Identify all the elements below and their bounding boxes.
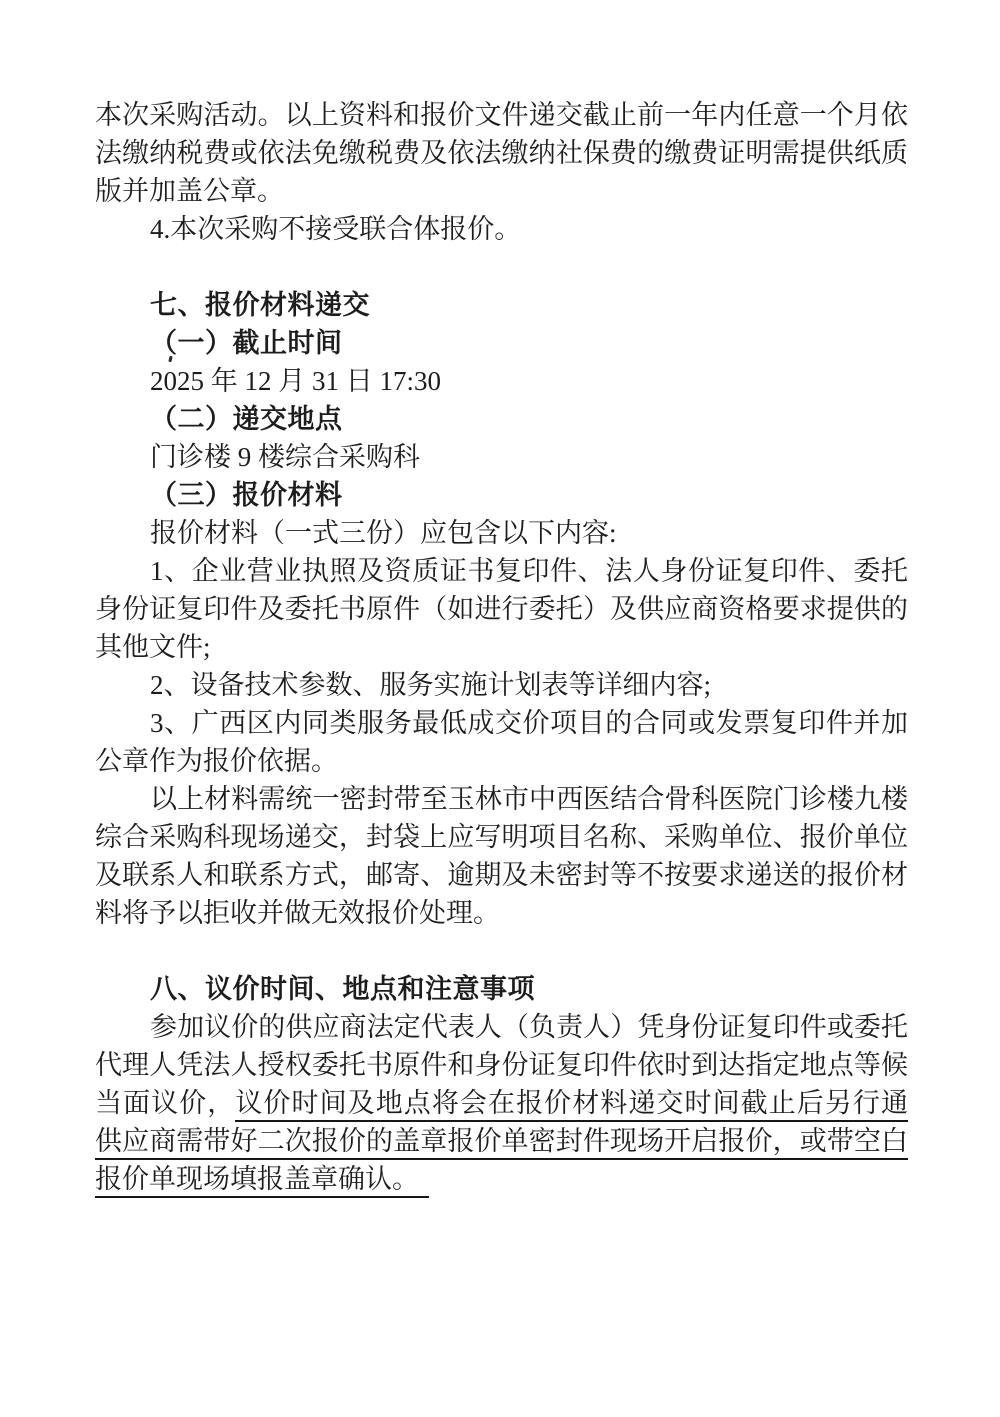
heading-line: （三）报价材料 — [95, 476, 908, 514]
document-page: 本次采购活动。以上资料和报价文件递交截止前一年内任意一个月依法缴纳税费或依法免缴… — [0, 0, 1000, 1417]
text-line: 综合采购科现场递交，封袋上应写明项目名称、采购单位、报价单位 — [95, 818, 908, 856]
text-segment: 2025 年 12 月 31 日 17:30 — [150, 366, 441, 396]
text-segment: 公章作为报价依据。 — [95, 746, 338, 776]
text-line: 供应商需带好二次报价的盖章报价单密封件现场开启报价，或带空白 — [95, 1122, 908, 1160]
text-segment: （一）截止时间 — [150, 328, 343, 358]
text-segment: 4.本次采购不接受联合体报价。 — [150, 214, 521, 244]
text-segment: 当面议价， — [95, 1088, 235, 1118]
text-line: 当面议价，议价时间及地点将会在报价材料递交时间截止后另行通知。 — [95, 1084, 908, 1122]
text-segment: 2、设备技术参数、服务实施计划表等详细内容; — [150, 670, 711, 700]
text-segment: 参加议价的供应商法定代表人（负责人）凭身份证复印件或委托 — [150, 1012, 908, 1042]
heading-line: 七、报价材料递交 — [95, 286, 908, 324]
text-segment: 代理人凭法人授权委托书原件和身份证复印件依时到达指定地点等候 — [95, 1050, 908, 1080]
blank-line — [95, 248, 908, 286]
heading-line: 八、议价时间、地点和注意事项 — [95, 970, 908, 1008]
document-body: 本次采购活动。以上资料和报价文件递交截止前一年内任意一个月依法缴纳税费或依法免缴… — [95, 96, 908, 1198]
text-line: 以上材料需统一密封带至玉林市中西医结合骨科医院门诊楼九楼 — [95, 780, 908, 818]
text-segment: 1、企业营业执照及资质证书复印件、法人身份证复印件、委托人 — [150, 556, 908, 590]
heading-line: （一）截止时间 — [95, 324, 908, 362]
text-segment: 身份证复印件及委托书原件（如进行委托）及供应商资格要求提供的 — [95, 594, 908, 624]
text-segment: 法缴纳税费或依法免缴税费及依法缴纳社保费的缴费证明需提供纸质 — [95, 138, 908, 168]
text-segment: 3、广西区内同类服务最低成交价项目的合同或发票复印件并加盖 — [150, 708, 908, 742]
text-line: 本次采购活动。以上资料和报价文件递交截止前一年内任意一个月依 — [95, 96, 908, 134]
text-line: 法缴纳税费或依法免缴税费及依法缴纳社保费的缴费证明需提供纸质 — [95, 134, 908, 172]
text-segment: 本次采购活动。以上资料和报价文件递交截止前一年内任意一个月依 — [95, 100, 908, 130]
text-segment: （三）报价材料 — [150, 480, 343, 510]
text-line: 报价材料（一式三份）应包含以下内容: — [95, 514, 908, 552]
text-line: 报价单现场填报盖章确认。 — [95, 1160, 908, 1198]
text-segment: 报价材料（一式三份）应包含以下内容: — [150, 518, 617, 548]
text-line: 公章作为报价依据。 — [95, 742, 908, 780]
text-line: 版并加盖公章。 — [95, 172, 908, 210]
underlined-text: 供应商需带好二次报价的盖章报价单密封件现场开启报价，或带空白 — [95, 1126, 908, 1160]
text-line: 料将予以拒收并做无效报价处理。 — [95, 894, 908, 932]
text-segment: 八、议价时间、地点和注意事项 — [150, 974, 535, 1004]
text-segment: 版并加盖公章。 — [95, 176, 284, 206]
text-line: 门诊楼 9 楼综合采购科 — [95, 438, 908, 476]
text-segment: 及联系人和联系方式，邮寄、逾期及未密封等不按要求递送的报价材 — [95, 860, 908, 890]
underlined-text: 报价单现场填报盖章确认。 — [95, 1164, 429, 1198]
text-line: 2、设备技术参数、服务实施计划表等详细内容; — [95, 666, 908, 704]
heading-line: （二）递交地点 — [95, 400, 908, 438]
text-segment: 综合采购科现场递交，封袋上应写明项目名称、采购单位、报价单位 — [95, 822, 908, 852]
text-segment: （二）递交地点 — [150, 404, 343, 434]
text-segment: 七、报价材料递交 — [150, 290, 370, 320]
text-segment: 料将予以拒收并做无效报价处理。 — [95, 898, 500, 928]
text-segment: 门诊楼 9 楼综合采购科 — [150, 442, 420, 472]
text-segment: 以上材料需统一密封带至玉林市中西医结合骨科医院门诊楼九楼 — [150, 784, 908, 814]
text-line: 1、企业营业执照及资质证书复印件、法人身份证复印件、委托人 — [95, 552, 908, 590]
text-line: 及联系人和联系方式，邮寄、逾期及未密封等不按要求递送的报价材 — [95, 856, 908, 894]
text-line: 2025 年 12 月 31 日 17:30 — [95, 362, 908, 400]
text-line: 身份证复印件及委托书原件（如进行委托）及供应商资格要求提供的 — [95, 590, 908, 628]
blank-line — [95, 932, 908, 970]
text-line: 3、广西区内同类服务最低成交价项目的合同或发票复印件并加盖 — [95, 704, 908, 742]
text-line: 4.本次采购不接受联合体报价。 — [95, 210, 908, 248]
text-line: 其他文件; — [95, 628, 908, 666]
text-segment: 其他文件; — [95, 632, 211, 662]
text-line: 参加议价的供应商法定代表人（负责人）凭身份证复印件或委托 — [95, 1008, 908, 1046]
text-line: 代理人凭法人授权委托书原件和身份证复印件依时到达指定地点等候 — [95, 1046, 908, 1084]
